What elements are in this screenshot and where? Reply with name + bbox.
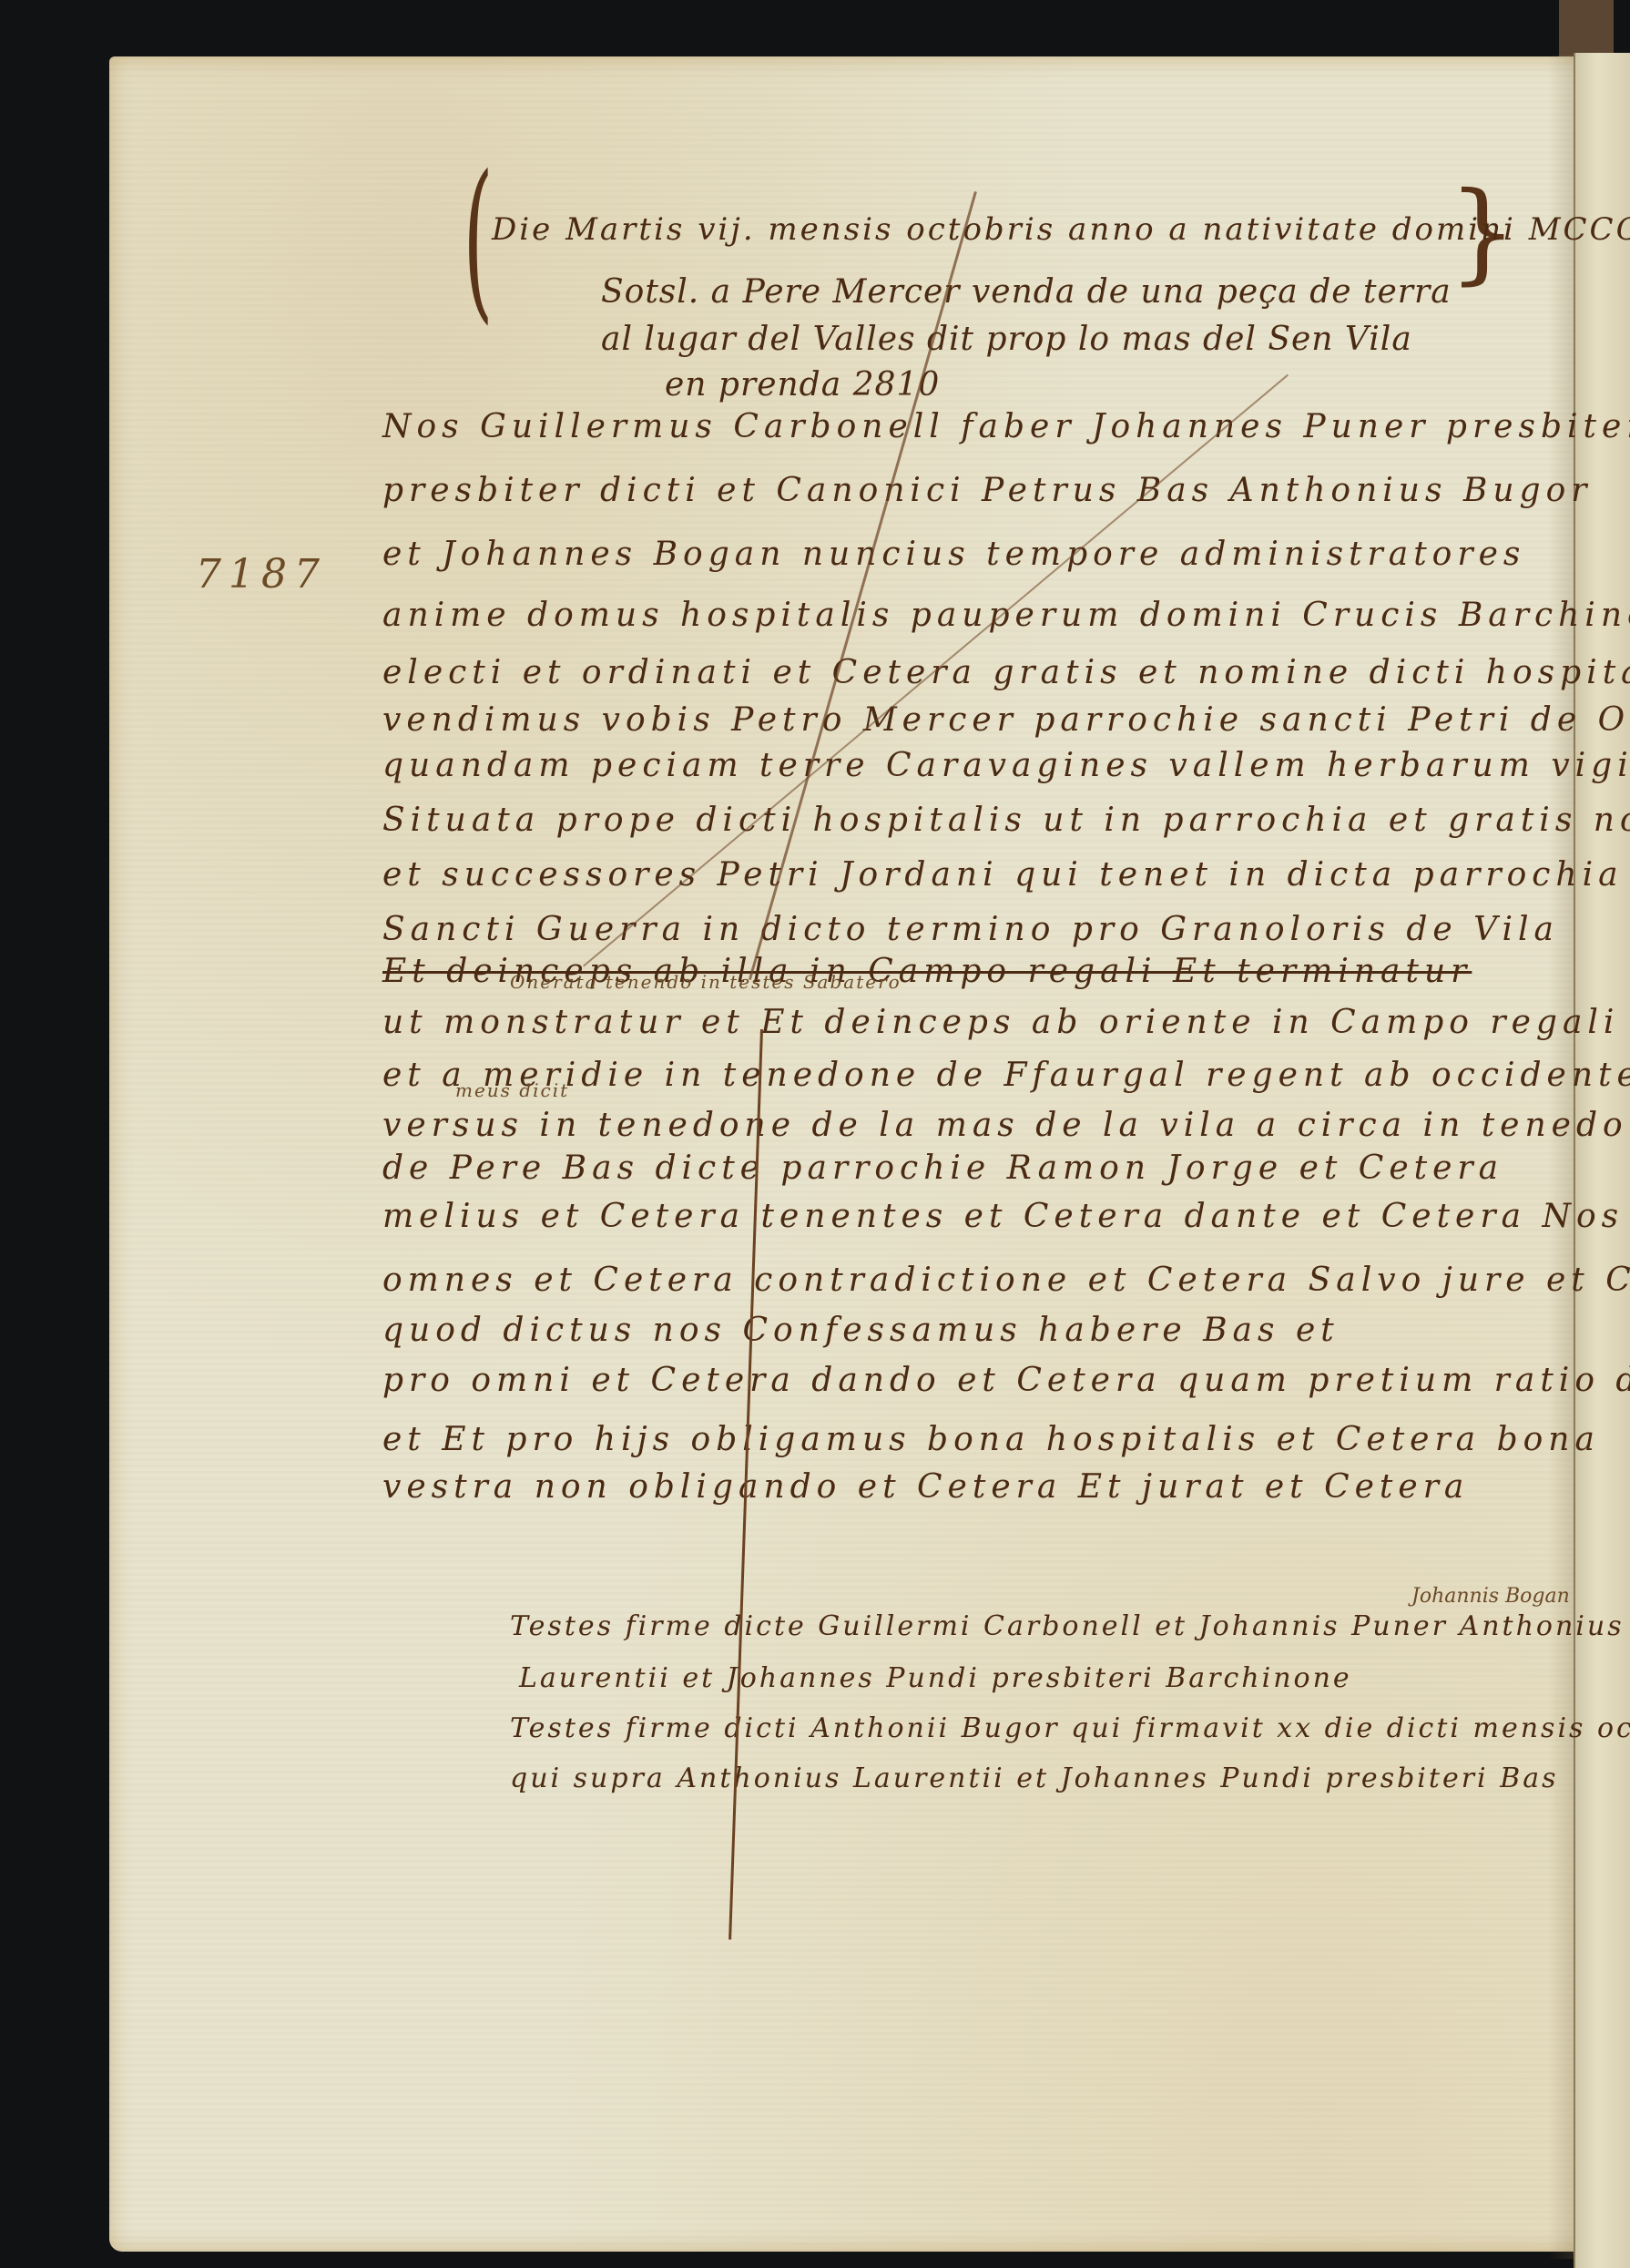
body-line: et Et pro hijs obligamus bona hospitalis… bbox=[382, 1421, 1600, 1458]
body-line: electi et ordinati et Cetera gratis et n… bbox=[382, 654, 1630, 691]
interlinear-note: Onerata tenendo in testes Sabatero bbox=[510, 971, 902, 993]
witness-line: Testes firme dicte Guillermi Carbonell e… bbox=[510, 1610, 1625, 1642]
body-line: melius et Cetera tenentes et Cetera dant… bbox=[382, 1198, 1624, 1235]
witness-superscript: Johannis Bogan bbox=[1411, 1585, 1570, 1608]
body-line: pro omni et Cetera dando et Cetera quam … bbox=[382, 1362, 1630, 1399]
summary-line-3: en prenda 2810 bbox=[665, 366, 940, 404]
witness-line: qui supra Anthonius Laurentii et Johanne… bbox=[510, 1762, 1559, 1794]
page-gutter-shadow bbox=[1548, 55, 1575, 2259]
summary-line-1: Sotsl. a Pere Mercer venda de una peça d… bbox=[601, 273, 1452, 311]
body-line: Nos Guillermus Carbonell faber Johannes … bbox=[382, 408, 1630, 445]
body-line: vestra non obligando et Cetera Et jurat … bbox=[382, 1468, 1469, 1506]
header-date-line: Die Martis vij. mensis octobris anno a n… bbox=[492, 211, 1630, 248]
witness-line: Testes firme dicti Anthonii Bugor qui fi… bbox=[510, 1712, 1630, 1744]
body-line: Sancti Guerra in dicto termino pro Grano… bbox=[382, 911, 1559, 948]
body-line: vendimus vobis Petro Mercer parrochie sa… bbox=[382, 701, 1630, 739]
body-line: Situata prope dicti hospitalis ut in par… bbox=[382, 802, 1630, 839]
summary-line-2: al lugar del Valles dit prop lo mas del … bbox=[601, 321, 1412, 358]
body-line: presbiter dicti et Canonici Petrus Bas A… bbox=[382, 472, 1592, 509]
binding-thread bbox=[1559, 0, 1614, 56]
body-line: et a meridie in tenedone de Ffaurgal reg… bbox=[382, 1057, 1630, 1094]
body-line: versus in tenedone de la mas de la vila … bbox=[382, 1107, 1630, 1144]
interlinear-note: meus dicit bbox=[455, 1079, 569, 1101]
opening-bracket: ( bbox=[463, 153, 493, 326]
body-line: quod dictus nos Confessamus habere Bas e… bbox=[382, 1312, 1340, 1349]
adjacent-page-edge bbox=[1574, 53, 1630, 2268]
body-line: et Johannes Bogan nuncius tempore admini… bbox=[382, 536, 1525, 573]
witness-line: Laurentii et Johannes Pundi presbiteri B… bbox=[519, 1662, 1352, 1694]
body-line: et successores Petri Jordani qui tenet i… bbox=[382, 856, 1624, 894]
body-line: anime domus hospitalis pauperum domini C… bbox=[382, 597, 1630, 634]
body-line: omnes et Cetera contradictione et Cetera… bbox=[382, 1262, 1630, 1299]
body-line: de Pere Bas dicte parrochie Ramon Jorge … bbox=[382, 1149, 1503, 1187]
margin-folio-number: 7187 bbox=[196, 551, 327, 598]
body-line: ut monstratur et Et deinceps ab oriente … bbox=[382, 1004, 1619, 1041]
body-line: quandam peciam terre Caravagines vallem … bbox=[382, 747, 1630, 784]
